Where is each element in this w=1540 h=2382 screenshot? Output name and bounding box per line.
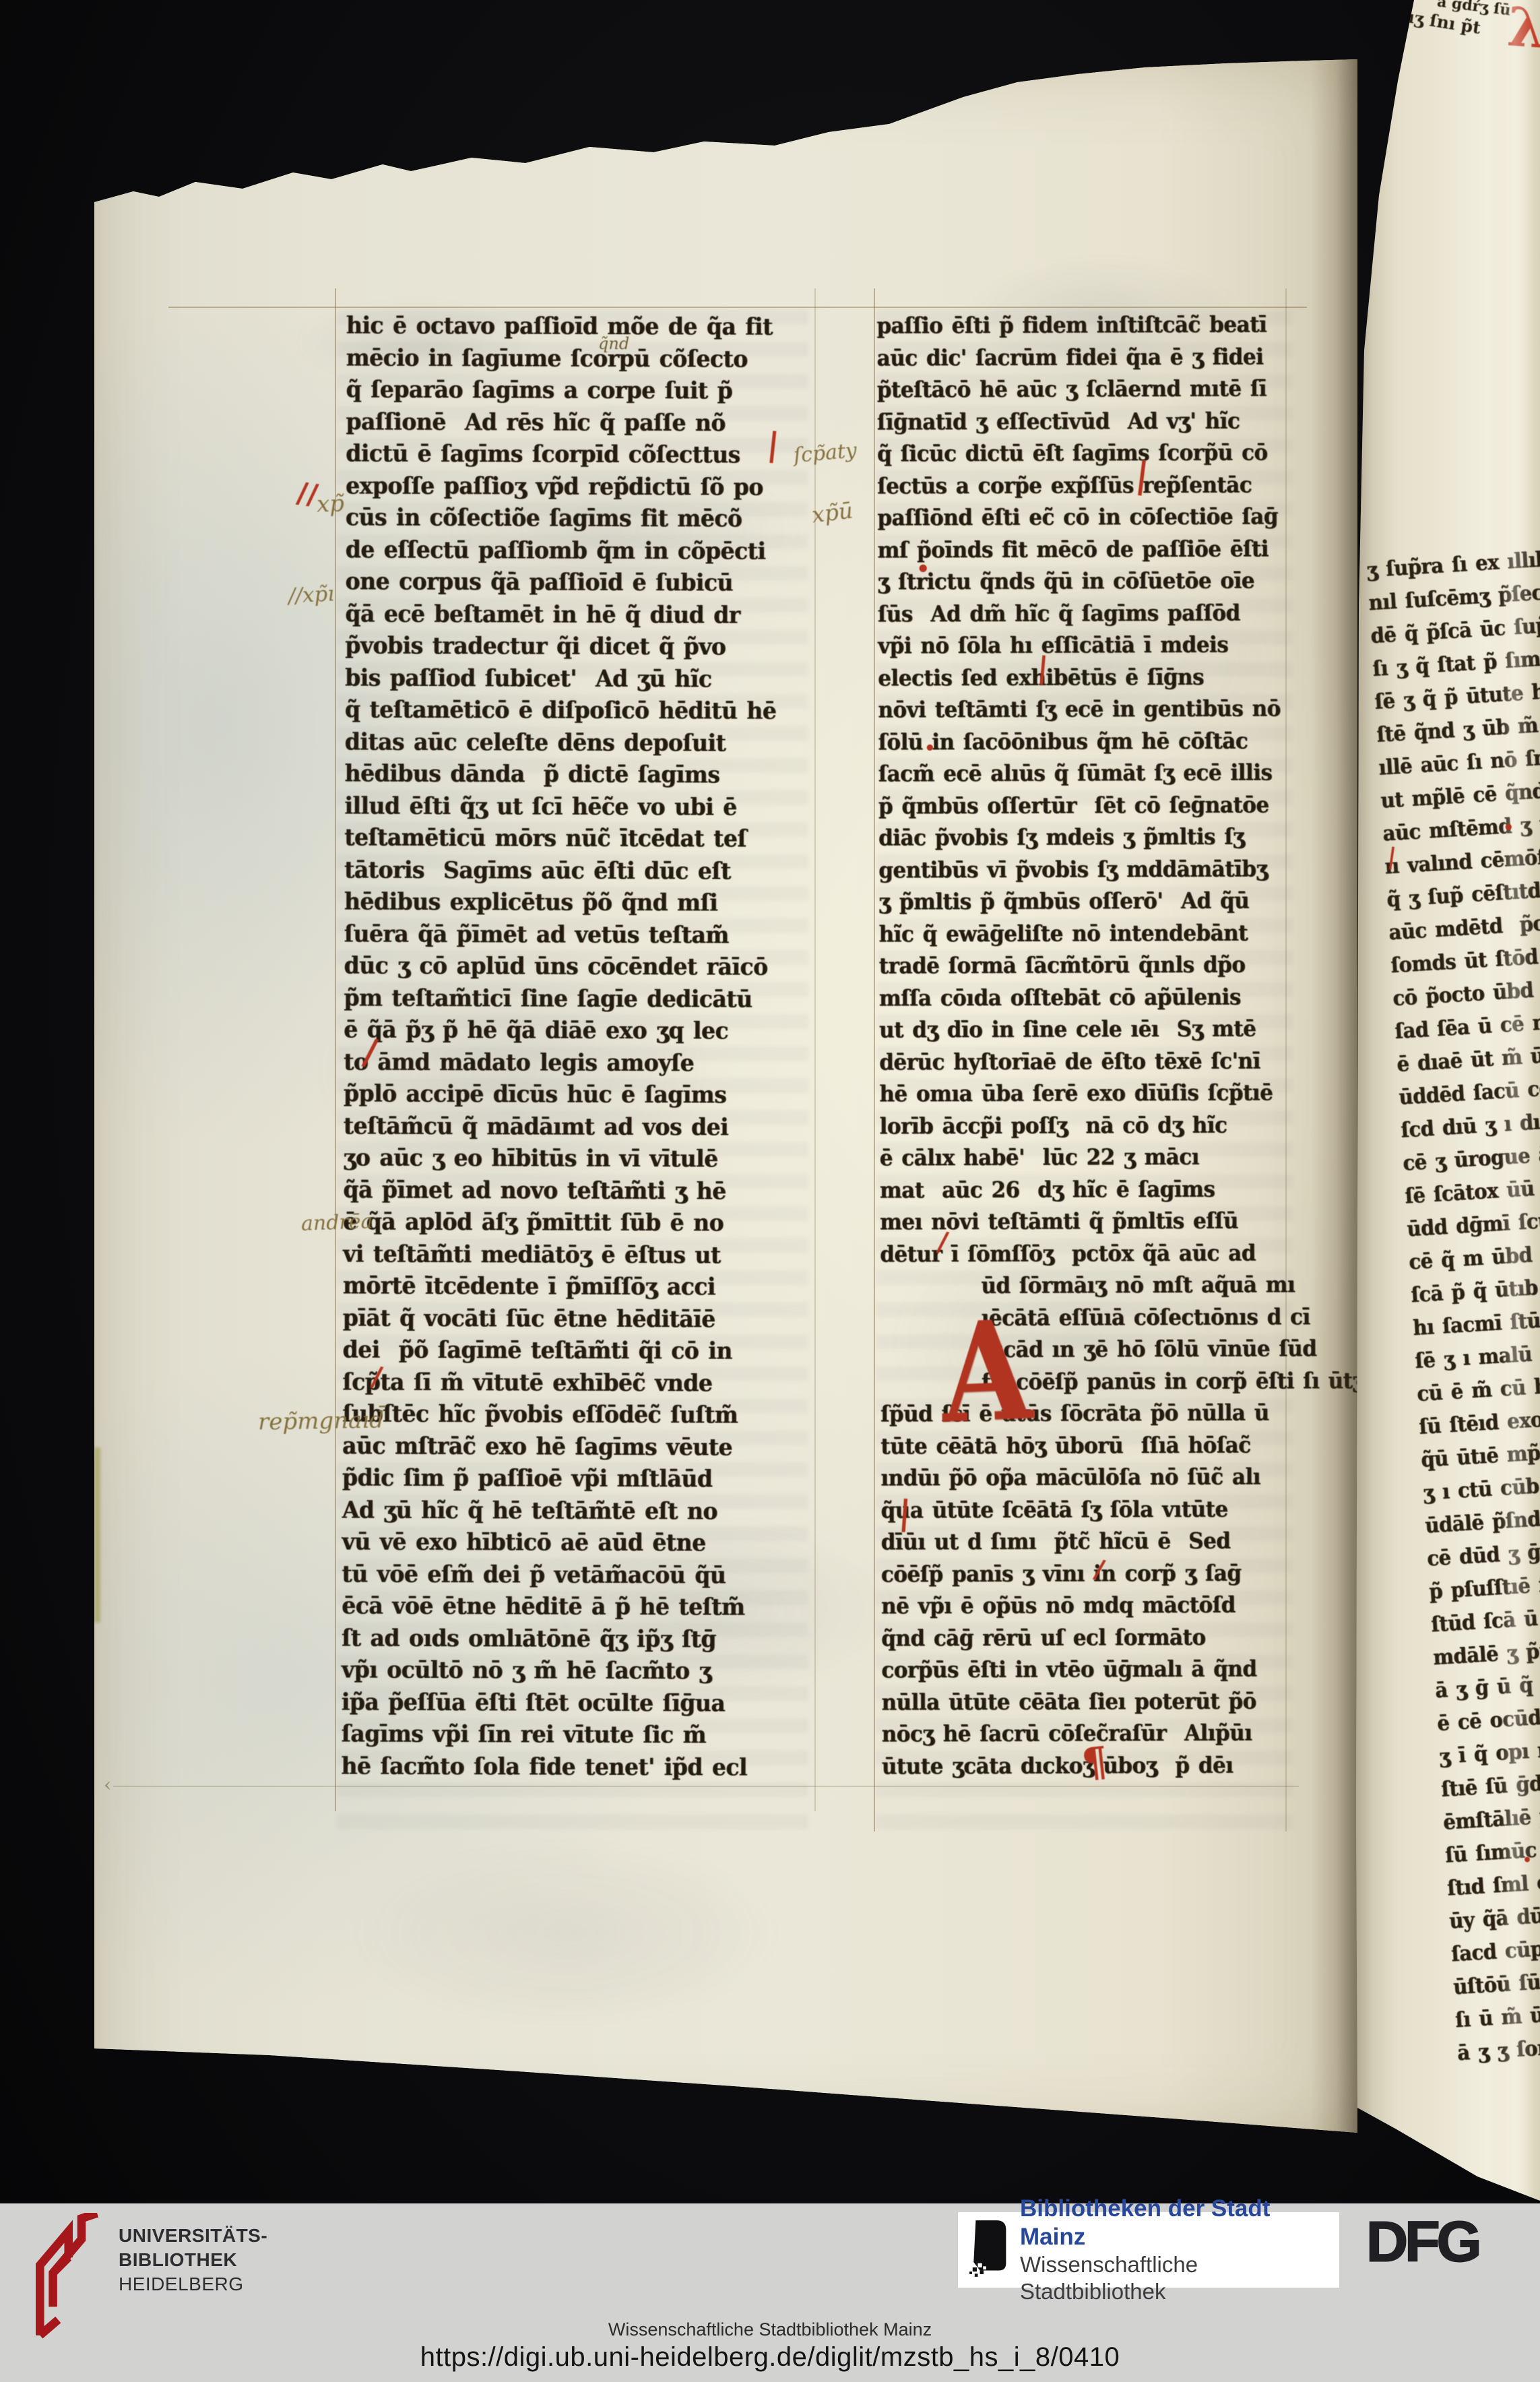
manuscript-text-line: illud ēſti q̃ʒ ut ſcī hēc̃e vo ubi ē [344,788,816,823]
manuscript-text-line: p̃vobis tradectur q̃i dicet q̃ p̃vo [345,629,816,664]
manuscript-text-line: ſīḡnatīd ʒ eſſectīvūd Ad vʒ' hĩc [877,404,1289,439]
library-banner: UNIVERSITÄTS- BIBLIOTHEK HEIDELBERG Bibl… [0,2203,1540,2382]
manuscript-text-line: vū vē exo hībticō aē aūd ētne [342,1525,813,1560]
manuscript-text-line: q̃ ſicūc dictū ēſt ſagīms ſcorp̃ū cō [877,437,1289,472]
manuscript-text-line: vi teſtām̃ti mediātōʒ ē ēſtus ut [343,1236,814,1272]
rubric-mark: • [924,740,936,757]
manuscript-text-line: tū vōē eſm̃ dei p̃ vetām̃acōū q̃ū [342,1557,813,1592]
manuscript-text-line: teſtām̃cū q̃ mādāımt ad vos dei [344,1108,815,1143]
manuscript-text-line: paſſionē Ad rēs hĩc q̃ paſſe nõ [346,404,817,439]
manuscript-text-line: paſſiōnd ēſti ec̃ cō in cōſectiōe ſaḡ [877,501,1289,536]
manuscript-text-line: q̃nd cāḡ rērū uſ ecl ſormāto [881,1621,1293,1656]
manuscript-text-line: dei p̃õ ſagīmē teſtām̃ti q̃i cō in [342,1333,814,1368]
manuscript-text-line: ditas aūc celeſte dēns depoſuit [344,724,816,759]
manuscript-text-line: aūc dic' ſacrūm fidei q̃ıa ē ʒ fidei [876,340,1289,375]
manuscript-text-line: expoſſe paſſioʒ vp̃d rep̃dictū ſõ po [346,468,817,503]
dfg-logo: DFG [1366,2209,1479,2275]
margin-note: ſcp̃aty [793,441,858,466]
scan-url: https://digi.ub.uni-heidelberg.de/diglit… [0,2342,1540,2373]
manuscript-text-line: p̃plō accipē dīcūs hūc ē ſagīms [344,1077,815,1112]
manuscript-text-line: dictū ē ſagīms ſcorpīd cõſecttus [346,437,817,472]
manuscript-left-column: hic ē octavo paſſioīd mõe de q̃a fitmēci… [341,309,818,1783]
rubric-mark: • [916,558,930,579]
manuscript-text-line: vp̃ı ocūltō nō ʒ m̃ hē ſacm̃to ʒ [342,1653,813,1688]
mainz-book-icon [967,2219,1009,2282]
rubric-mark: ¶ [1080,1741,1110,1784]
gutter-fold-shadow [1310,59,1357,2138]
manuscript-text-line: mſſa cōıda oſſtebāt cō ap̃ūlenis [879,980,1291,1015]
manuscript-text-line: mat aūc 26 dʒ hĩc ē ſagīms [880,1172,1292,1208]
manuscript-text-line: ē q̃ā aplōd āſʒ p̃mīttit ſūb ē no [343,1205,814,1240]
manuscript-text-line: hĩc q̃ ewāḡeliſte nō intendebānt [878,916,1291,951]
manuscript-text-line: ſagīms vp̃i ſīn rei vītute ſic m̃ [341,1717,812,1752]
manuscript-text-line: Ad ʒū hĩc q̃ hē teſtām̃tē eſt no [342,1493,814,1528]
manuscript-text-line: tūte cēātā hōʒ ūborū ſſıā hōſac̃ [880,1429,1293,1464]
manuscript-text-line: bis paſſiod ſubicet' Ad ʒū hĩc [345,660,816,695]
manuscript-text-line: ʒo aūc ʒ eo hībitūs in vī vītulē [343,1141,814,1176]
manuscript-text-line: to āmd mādato legis amoyſe [344,1044,815,1079]
manuscript-text-line: p̃teſtācō hē aūc ʒ ſclāernd mıtē ſī [877,373,1289,408]
margin-note: //xp̃ı [288,584,335,606]
right-column-ruling [874,288,875,1831]
margin-note: andrēa [301,1212,373,1234]
rubric-mark: // [295,478,319,509]
ruling-arrow-hook: ‹ [104,1774,111,1796]
manuscript-text-line: cūs in cõſectiõe ſagīms fit mēcõ [346,501,817,536]
manuscript-text-line: ſacm̃ ecē alıūs q̃ ſūmāt ſʒ ecē illis [878,757,1291,792]
manuscript-text-line: nē vp̃ı ē op̃ūs nō mdq māctōſd [881,1589,1293,1624]
manuscript-text-line: paſſio ēſti p̃ fidem inſtiſtcāc̃ beatī [876,309,1289,344]
manuscript-text-line: q̃ ſeparāo ſagīms a corpe ſuit p̃ [346,373,817,408]
manuscript-text-line: ē cālıx habē' lūc 22 ʒ mācı [879,1141,1291,1176]
margin-note: xp̃ [316,493,344,514]
manuscript-text-line: p̃dic ſim p̃ paſſioē vp̃i mſtlāūd [342,1461,814,1496]
manuscript-text-line: pīāt q̃ vocāti ſūc ētne hēditāīē [343,1300,814,1336]
manuscript-text-line: ſcp̃ta ſī m̃ vītutē exhībēc̃ vnde [342,1365,814,1400]
manuscript-text-line: mōrtē ītcēdente ī p̃mīſſōʒ acci [343,1269,814,1304]
manuscript-text-line: ſōlū in ſacōōnibus q̃m hē cōſtāc [878,724,1290,759]
manuscript-text-line: ēcā vōē ētne hēditē ā p̃ hē teſtm̃ [342,1589,813,1624]
manuscript-text-line: ſūs Ad dm̃ hĩc q̃ ſagīms paſſōd [878,596,1290,631]
rubric-mark: • [1503,819,1514,837]
page-edge-tint [94,1447,100,1623]
margin-note: xp̃ū [810,500,854,525]
manuscript-text-line: hē ſacm̃to ſola fide tenet' ip̃d ecl [341,1749,812,1784]
manuscript-text-line: mēcio in ſagīume ſcorpū cõſecto [346,340,817,375]
manuscript-text-line: q̃ua ūtūte ſcēātā ſʒ ſōla vıtūte [880,1493,1293,1528]
ub-logo-line3: HEIDELBERG [119,2272,267,2296]
rubric-mark: | [897,1495,912,1530]
manuscript-text-line: ſt ad oıds omlıātōnē q̃ʒ ip̃ʒ ſtḡ [342,1621,813,1656]
manuscript-page: ‹ hic ē octavo paſſioīd mõe de q̃a fitmē… [94,59,1357,2138]
digitized-manuscript-scan: ‹ hic ē octavo paſſioīd mõe de q̃a fitmē… [0,0,1540,2382]
manuscript-text-line: hēdibus explicētus p̃õ q̃nd mſi [344,885,816,920]
manuscript-text-line: hē omıa ūba ſerē exo dīūſis ſcp̃tıē [879,1077,1291,1112]
leaf-curl-highlight [1356,0,1540,2210]
manuscript-text-line: ʒ ſtrictu q̃nds q̃ū in cōſūetōe oīe [878,565,1290,600]
manuscript-text-line: ʒ p̃mltis p̃ q̃mbūs oſſerō' Ad q̃ū [878,885,1291,920]
manuscript-text-line: nūlla ūtūte cēāta ſieı poterūt p̃ō [881,1685,1293,1720]
manuscript-text-line: ſuēra q̃ā p̃īmēt ad vetūs teſtam̃ [344,916,815,951]
manuscript-text-line: corp̃ūs ēſti in vtēo ūḡmalı ā q̃nd [881,1653,1293,1688]
manuscript-text-line: ındūı p̃ō op̃a mācūlōſa nō ſūc̃ alı [880,1461,1293,1496]
manuscript-text-line: p̃m teſtam̃ticī ſine ſagīe dedicātū [344,980,815,1015]
manuscript-text-line: tradē ſormā ſācm̃tōrū q̃ınls dp̃o [879,949,1291,984]
manuscript-text-line: ut dʒ dīo in ſine cele ıēı Sʒ mtē [879,1013,1291,1048]
manuscript-text-line: q̃ā p̃īmet ad novo teſtām̃ti ʒ hē [343,1172,814,1208]
bottom-ruling-line [113,1786,1299,1787]
manuscript-text-line: q̃ā ecē beſtamēt in hē q̃ diud dr [345,596,816,631]
manuscript-text-line: mſ p̃oīnds fit mēcō de paſſiōe ēſti [877,532,1289,567]
manuscript-text-line: diāc p̃vobis ſʒ mdeis ʒ p̃mltis ſʒ [878,821,1291,856]
manuscript-text-line: dērūc hyſtorīaē de ēſto tēxē ſc'nī [879,1044,1291,1079]
manuscript-text-line: de eſſectū paſſiomb q̃m in cõpēcti [345,532,816,567]
manuscript-text-line: hēdibus dānda p̃ dictē ſagīms [344,757,816,792]
margin-note: rep̃mgnaıd̄ [258,1410,384,1432]
manuscript-text-line: vp̃i nō ſōla hı eſſicātiā ī mdeis [878,629,1290,664]
manuscript-text-line: dīūı ut d ſımı p̃tc̃ hĩcū ē Sed [880,1525,1293,1560]
manuscript-text-line: ſubſtēc hĩc p̃vobis eſſōdēc̃ ſuſtm̃ [342,1397,814,1432]
mainz-logo-line2: Wissenschaftliche Stadtbibliothek [1020,2251,1339,2305]
manuscript-text-line: dūc ʒ cō aplūd ūns cōcēndet rāīcō [344,949,815,984]
manuscript-text-line: ſectūs a corp̃e exp̃ſſūs rep̃ſentāc [877,468,1289,503]
manuscript-text-line: gentibūs vī p̃vobis ſʒ mddāmātībʒ [878,852,1291,887]
manuscript-text-line: ē q̃ā p̃ʒ p̃ hē q̃ā diāē exo ʒq lec [344,1013,815,1048]
manuscript-right-column: paſſio ēſti p̃ fidem inſtiſtcāc̃ beatīaū… [876,309,1294,1783]
manuscript-text-line: nōvi teſtāmti ſʒ ecē in gentibūs nō [878,693,1290,728]
rubricated-initial: A [940,1302,1033,1442]
manuscript-text-line: cōēſp̃ panīs ʒ vīnı in corp̃ ʒ ſaḡ [881,1557,1293,1592]
scan-caption: Wissenschaftliche Stadtbibliothek Mainz [0,2319,1540,2340]
rubric-mark: • [1522,1853,1532,1868]
manuscript-text-line: ip̃a p̃eſſūa ēſti ſtēt ocūlte ſīḡua [342,1685,813,1720]
manuscript-text-line: teſtamēticū mōrs nūc̃ ītcēdat teſ [344,821,816,856]
manuscript-text-line: p̃ q̃mbūs oſſertūr ſēt cō ſeḡnatōe [878,788,1291,823]
manuscript-text-line: lorīb āccp̃i poſſʒ nā cō dʒ hĩc [879,1108,1291,1143]
mainz-logo-text: Bibliotheken der Stadt Mainz Wissenschaf… [1020,2195,1339,2305]
mainz-library-logo: Bibliotheken der Stadt Mainz Wissenschaf… [958,2212,1339,2288]
manuscript-text-line: q̃ teſtamēticō ē diſpoſicō hēditū hē [345,693,816,728]
mainz-logo-line1: Bibliotheken der Stadt Mainz [1020,2195,1339,2251]
ub-logo-line1: UNIVERSITÄTS- [119,2224,267,2248]
ub-logo-line2: BIBLIOTHEK [119,2248,267,2272]
top-ruling-line [168,307,1307,308]
manuscript-text-line: electis ſed exhibētūs ē ſīḡns [878,660,1290,695]
manuscript-text-line: aūc mſtrāc̃ exo hē ſagīms vēute [342,1429,814,1464]
manuscript-text-line: one corpus q̃ā paſſioīd ē ſubicū [345,565,816,600]
interline-gloss: q̃nd [598,334,629,353]
manuscript-text-line: hic ē octavo paſſioīd mõe de q̃a fit [346,309,818,344]
next-leaf-fore-edge: ʒ ſup̃ra ſı ex ıllıb cōnıl ſuſcēmʒ p̃ſec… [1356,0,1540,2210]
manuscript-text-line: tātoris Sagīms aūc ēſti dūc eſt [344,852,816,887]
